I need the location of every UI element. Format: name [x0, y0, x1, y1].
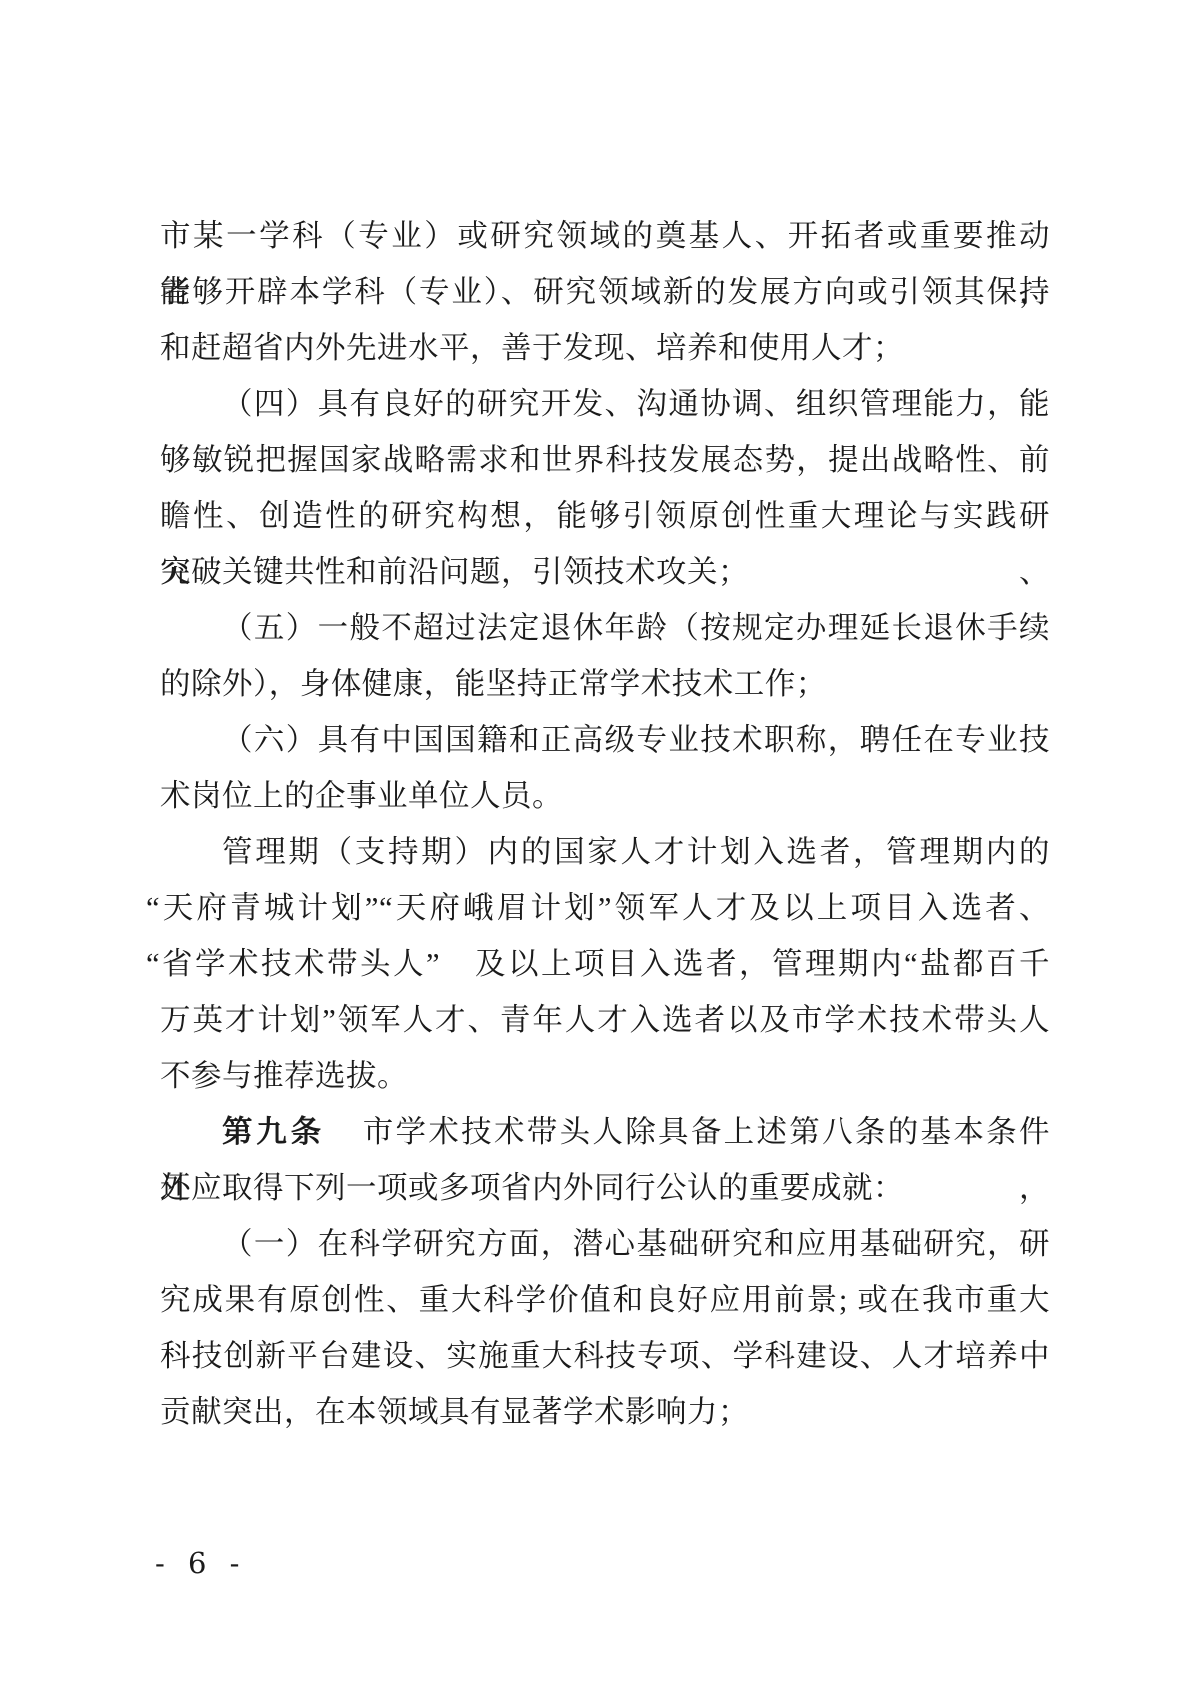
text-line: “天府青城计划”“天府峨眉计划”领军人才及以上项目入选者、	[146, 880, 1050, 936]
text-line: 的除外），身体健康，能坚持正常学术技术工作；	[160, 656, 1050, 712]
text-line: （六）具有中国国籍和正高级专业技术职称，聘任在专业技	[160, 712, 1050, 768]
page-number: - 6 -	[155, 1542, 247, 1584]
text-line: 贡献突出，在本领域具有显著学术影响力；	[160, 1384, 1050, 1440]
text-line: 瞻性、创造性的研究构想，能够引领原创性重大理论与实践研究、	[160, 488, 1050, 544]
text-line: 能够开辟本学科（专业）、研究领域新的发展方向或引领其保持	[160, 264, 1050, 320]
text-line: 术岗位上的企事业单位人员。	[160, 768, 1050, 824]
text-line: 究成果有原创性、重大科学价值和良好应用前景; 或在我市重大	[160, 1272, 1050, 1328]
text-line: 和赶超省内外先进水平，善于发现、培养和使用人才；	[160, 320, 1050, 376]
text-line: 科技创新平台建设、实施重大科技专项、学科建设、人才培养中	[160, 1328, 1050, 1384]
text-line: 不参与推荐选拔。	[160, 1048, 1050, 1104]
article-number-label: 第九条	[222, 1115, 325, 1149]
document-page: 市某一学科（专业）或研究领域的奠基人、开拓者或重要推动者， 能够开辟本学科（专业…	[0, 0, 1191, 1684]
text-line: 管理期（支持期）内的国家人才计划入选者，管理期内的	[160, 824, 1050, 880]
text-line: 市某一学科（专业）或研究领域的奠基人、开拓者或重要推动者，	[160, 208, 1050, 264]
text-line: 够敏锐把握国家战略需求和世界科技发展态势，提出战略性、前	[160, 432, 1050, 488]
document-body: 市某一学科（专业）或研究领域的奠基人、开拓者或重要推动者， 能够开辟本学科（专业…	[160, 208, 1050, 1440]
text-line: （一）在科学研究方面，潜心基础研究和应用基础研究，研	[160, 1216, 1050, 1272]
text-line: （五）一般不超过法定退休年龄（按规定办理延长退休手续	[160, 600, 1050, 656]
text-line: （四）具有良好的研究开发、沟通协调、组织管理能力，能	[160, 376, 1050, 432]
text-line: 万英才计划”领军人才、青年人才入选者以及市学术技术带头人	[160, 992, 1050, 1048]
text-line-article: 第九条市学术技术带头人除具备上述第八条的基本条件外，	[160, 1104, 1050, 1160]
text-line: “省学术技术带头人” 及以上项目入选者，管理期内“盐都百千	[146, 936, 1050, 992]
article-label-spacer	[325, 1141, 361, 1142]
